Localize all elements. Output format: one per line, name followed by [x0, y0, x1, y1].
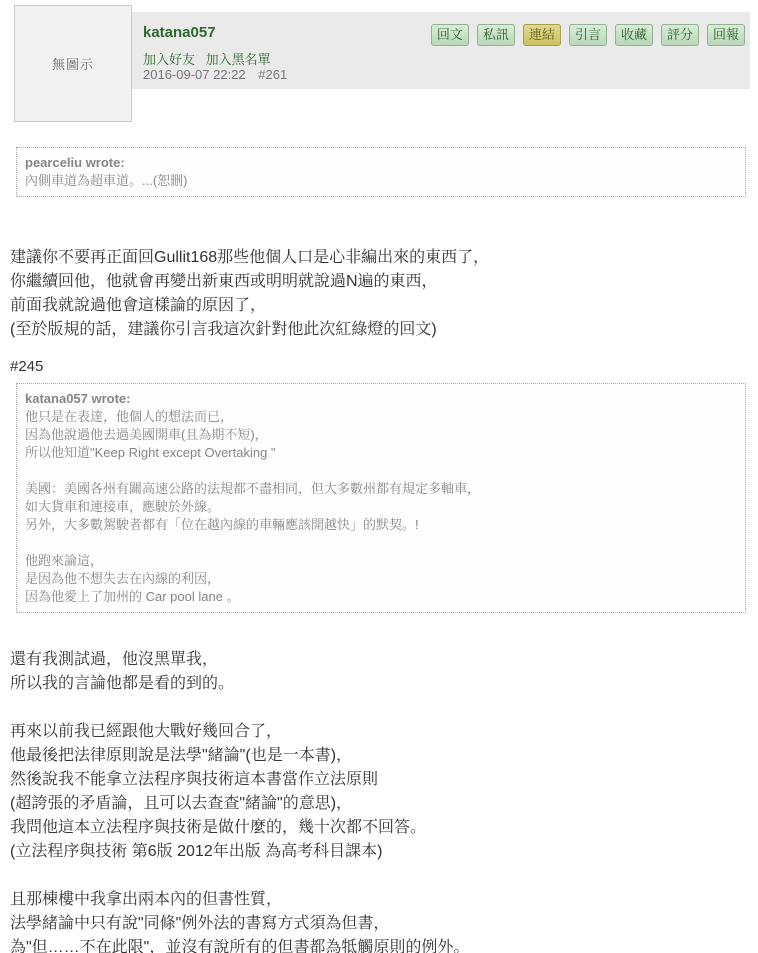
body-line: 他最後把法律原則說是法學"緒論"(也是一本書)，: [10, 744, 754, 768]
body-line: 且那棟樓中我拿出兩本內的但書性質，: [10, 888, 754, 912]
body-line: (超誇張的矛盾論，且可以去查查"緒論"的意思)，: [10, 792, 754, 816]
post-actions: 回文 私訊 連結 引言 收藏 評分 回報: [431, 24, 745, 46]
body-line: [10, 696, 754, 720]
timestamp-row: 2016-09-07 22:22 #261: [143, 67, 287, 82]
avatar-placeholder-text: 無圖示: [52, 54, 94, 73]
report-button[interactable]: 回報: [707, 24, 745, 46]
quote-line: 因為他愛上了加州的 Car pool lane 。: [25, 588, 737, 606]
quote-line: [25, 462, 737, 480]
add-blacklist-link[interactable]: 加入黑名單: [206, 52, 271, 67]
bookmark-button[interactable]: 收藏: [615, 24, 653, 46]
link-button[interactable]: 連結: [523, 24, 561, 46]
quote-box-katana057: katana057 wrote: 他只是在表達，他個人的想法而已， 因為他說過他…: [16, 383, 746, 613]
quote-line: 他跑來論這，: [25, 552, 737, 570]
body-line: 建議你不要再正面回Gullit168那些他個人口是心非編出來的東西了，: [10, 246, 754, 270]
rate-button[interactable]: 評分: [661, 24, 699, 46]
quote-line: 是因為他不想失去在內線的利因，: [25, 570, 737, 588]
referenced-post-number: #245: [10, 358, 43, 375]
body-line: (至於版規的話，建議你引言我這次針對他此次紅綠燈的回文): [10, 318, 754, 342]
avatar[interactable]: 無圖示: [14, 5, 132, 122]
body-line: 再來以前我已經跟他大戰好幾回合了，: [10, 720, 754, 744]
private-message-button[interactable]: 私訊: [477, 24, 515, 46]
body-line: 你繼續回他，他就會再變出新東西或明明就說過N遍的東西，: [10, 270, 754, 294]
body-line: 我問他這本立法程序與技術是做什麼的，幾十次都不回答。: [10, 816, 754, 840]
body-line: 為"但……不在此限"，並沒有說所有的但書都為牴觸原則的例外。: [10, 936, 754, 953]
post-number: #261: [258, 67, 287, 82]
quote-button[interactable]: 引言: [569, 24, 607, 46]
quote-line: 如大貨車和連接車，應駛於外線。: [25, 498, 737, 516]
body-line: 所以我的言論他都是看的到的。: [10, 672, 754, 696]
body-line: (立法程序與技術 第6版 2012年出版 為高考科目課本): [10, 840, 754, 864]
quote-line: 所以他知道"Keep Right except Overtaking ": [25, 444, 737, 462]
user-links: 加入好友 加入黑名單: [143, 49, 271, 68]
add-friend-link[interactable]: 加入好友: [143, 52, 195, 67]
quote-line: 內側車道為超車道。...(恕刪): [25, 172, 737, 190]
body-line: 法學緒論中只有說"同條"例外法的書寫方式須為但書，: [10, 912, 754, 936]
quote-box-pearceliu: pearceliu wrote: 內側車道為超車道。...(恕刪): [16, 147, 746, 197]
body-line: 然後說我不能拿立法程序與技術這本書當作立法原則: [10, 768, 754, 792]
quote-author-header: katana057 wrote:: [25, 390, 737, 408]
post-body-paragraph-1: 建議你不要再正面回Gullit168那些他個人口是心非編出來的東西了， 你繼續回…: [10, 246, 754, 342]
quote-line: [25, 534, 737, 552]
body-line: [10, 864, 754, 888]
quote-line: 他只是在表達，他個人的想法而已，: [25, 408, 737, 426]
quote-line: 因為他說過他去過美國開車(且為期不短)，: [25, 426, 737, 444]
post-timestamp: 2016-09-07 22:22: [143, 67, 246, 82]
body-line: 還有我測試過，他沒黑單我，: [10, 648, 754, 672]
quote-author-header: pearceliu wrote:: [25, 154, 737, 172]
username-link[interactable]: katana057: [143, 24, 216, 41]
quote-line: 美國：美國各州有關高速公路的法規都不盡相同，但大多數州都有規定多軸車，: [25, 480, 737, 498]
quote-line: 另外，大多數駕駛者都有「位在越內線的車輛應該開越快」的默契。!: [25, 516, 737, 534]
user-panel: katana057 加入好友 加入黑名單 2016-09-07 22:22 #2…: [132, 12, 750, 89]
post-body-paragraph-2: 還有我測試過，他沒黑單我， 所以我的言論他都是看的到的。 再來以前我已經跟他大戰…: [10, 648, 754, 953]
body-line: 前面我就說過他會這樣論的原因了，: [10, 294, 754, 318]
reply-button[interactable]: 回文: [431, 24, 469, 46]
